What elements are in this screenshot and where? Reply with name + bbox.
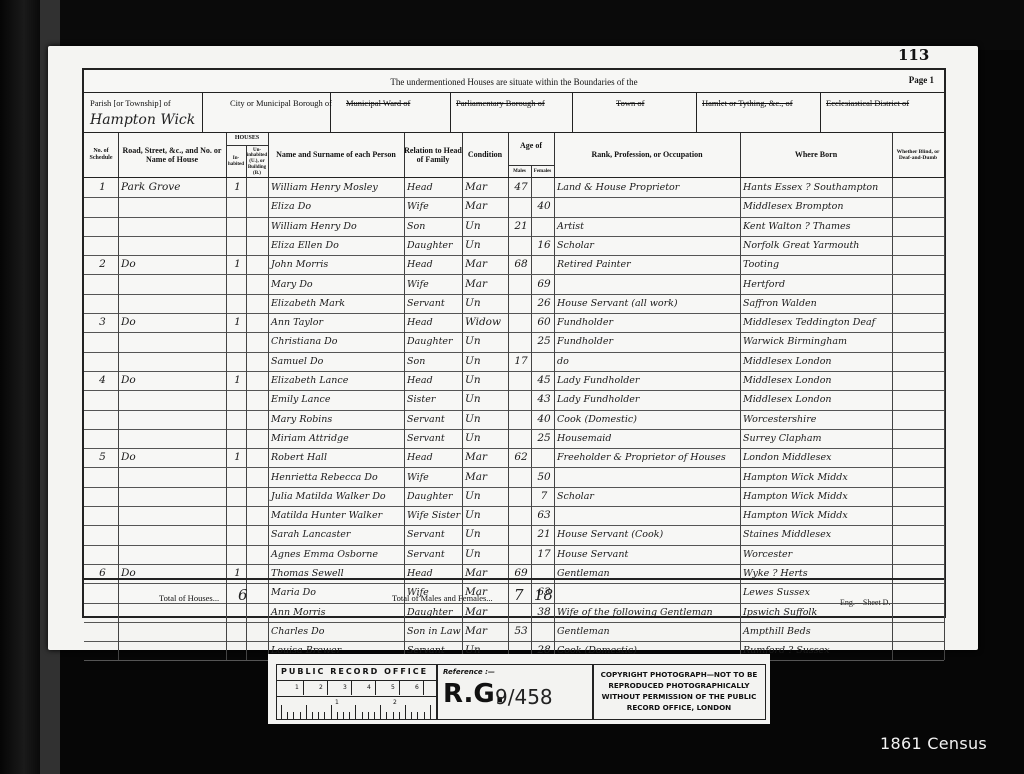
cell-name: Henrietta Rebecca Do [268,468,405,487]
cell-condition: Mar [462,178,509,197]
cell-born: Tooting [740,255,893,274]
col-schedule: No. of Schedule [84,133,119,177]
cell-schedule: 2 [84,255,119,274]
cell-male: 53 [508,622,532,641]
table-row: 5Do1Robert HallHeadMar62Freeholder & Pro… [84,448,944,468]
district-label: Parliamentary Borough of [456,98,545,108]
cell-occupation: Scholar [554,487,741,506]
col-relation: Relation to Head of Family [404,133,463,177]
cell-blind [892,410,945,429]
cell-street: Do [118,448,227,467]
table-row: 2Do1John MorrisHeadMar68Retired PainterT… [84,255,944,275]
image-caption: 1861 Census [880,734,987,753]
table-row: Miriam AttridgeServantUn25HousemaidSurre… [84,429,944,449]
ruler-cm-number: 1 [295,684,299,691]
cell-occupation: House Servant (Cook) [554,525,741,544]
cell-street [118,390,227,409]
table-row: Mary DoWifeMar69Hertford [84,275,944,295]
cell-name: Elizabeth Lance [268,371,405,390]
ruler-tick [281,705,282,719]
cell-born: Norfolk Great Yarmouth [740,236,893,255]
cell-born: Ampthill Beds [740,622,893,641]
cell-female: 26 [531,294,555,313]
cell-relation: Sister [404,390,463,409]
cell-inhabited: 1 [226,313,247,332]
table-row: Agnes Emma OsborneServantUn17House Serva… [84,545,944,565]
cell-street [118,525,227,544]
cell-relation: Head [404,448,463,467]
cell-inhabited [226,352,247,371]
cell-blind [892,294,945,313]
reference-piece: 9/458 [495,685,553,709]
cell-born: Hants Essex ? Southampton [740,178,893,197]
cell-street [118,197,227,216]
cell-relation: Servant [404,525,463,544]
cell-female [531,448,555,467]
table-row: 3Do1Ann TaylorHeadWidow60FundholderMiddl… [84,313,944,333]
ruler-tick [368,712,369,719]
cell-name: Sarah Lancaster [268,525,405,544]
cell-name: Robert Hall [268,448,405,467]
ruler-tick [343,712,344,719]
cell-occupation: House Servant [554,545,741,564]
ruler-cm-tick [303,681,304,695]
film-edge-left [0,0,40,774]
cell-street: Do [118,313,227,332]
total-males: 7 [514,586,524,604]
film-edge-top [60,0,1024,50]
cell-street [118,410,227,429]
cell-male: 68 [508,255,532,274]
ruler-tick [331,705,332,719]
cell-uninhabited [246,178,269,197]
cell-relation: Son [404,352,463,371]
cell-condition: Un [462,294,509,313]
cell-name: William Henry Mosley [268,178,405,197]
cell-street [118,429,227,448]
cell-male [508,313,532,332]
ruler-divider [277,696,437,697]
cell-female: 69 [531,275,555,294]
col-occupation: Rank, Profession, or Occupation [554,133,741,177]
cell-inhabited [226,525,247,544]
table-row: Sarah LancasterServantUn21House Servant … [84,525,944,545]
cell-schedule [84,468,119,487]
table-row: Charles DoSon in LawMar53GentlemanAmpthi… [84,622,944,642]
ruler-cm-tick [399,681,400,695]
total-persons-label: Total of Males and Females... [392,593,493,603]
cell-blind [892,390,945,409]
col-condition: Condition [462,133,509,177]
cell-uninhabited [246,352,269,371]
cell-uninhabited [246,390,269,409]
cell-condition: Mar [462,468,509,487]
cell-born: Middlesex Teddington Deaf [740,313,893,332]
cell-uninhabited [246,641,269,660]
cell-schedule [84,332,119,351]
cell-condition: Un [462,332,509,351]
district-label: Municipal Ward of [346,98,410,108]
ruler-cm-number: 4 [367,684,371,691]
cell-name: William Henry Do [268,217,405,236]
cell-street [118,545,227,564]
cell-name: Eliza Do [268,197,405,216]
cell-relation: Daughter [404,236,463,255]
col-blind: Whether Blind, or Deaf-and-Dumb [892,133,944,177]
cell-male [508,275,532,294]
cell-uninhabited [246,332,269,351]
cell-female [531,255,555,274]
ruler-tick [393,712,394,719]
cell-street: Park Grove [118,178,227,197]
ruler-cm-number: 6 [415,684,419,691]
cell-schedule [84,525,119,544]
cell-male [508,332,532,351]
cell-male [508,468,532,487]
col-born: Where Born [740,133,893,177]
cell-blind [892,313,945,332]
ruler-tick [430,705,431,719]
cell-female [531,622,555,641]
cell-condition: Un [462,390,509,409]
cell-occupation: Cook (Domestic) [554,410,741,429]
ruler-tick [362,712,363,719]
ruler-cm-tick [327,681,328,695]
cell-schedule [84,429,119,448]
cell-female: 50 [531,468,555,487]
cell-condition: Un [462,371,509,390]
cell-blind [892,352,945,371]
cell-name: Samuel Do [268,352,405,371]
cell-relation: Servant [404,429,463,448]
cell-uninhabited [246,275,269,294]
cell-blind [892,525,945,544]
cell-condition: Un [462,410,509,429]
cell-inhabited [226,294,247,313]
col-uninhabited: Un-inhabited (U.), or Building (B.) [246,145,269,178]
cell-female: 25 [531,429,555,448]
col-females: Females [531,165,555,178]
cell-uninhabited [246,429,269,448]
cell-occupation [554,506,741,525]
ruler-tick [287,712,288,719]
cell-uninhabited [246,197,269,216]
cell-schedule [84,236,119,255]
cell-name: Julia Matilda Walker Do [268,487,405,506]
enumeration-form: The undermentioned Houses are situate wi… [82,68,946,618]
cell-inhabited [226,197,247,216]
district-value: Hampton Wick [90,112,195,128]
district-ecclesiastical: Ecclesiastical District of [820,92,944,132]
pro-office-title: PUBLIC RECORD OFFICE [281,667,428,676]
ruler-cm-tick [375,681,376,695]
cell-relation: Wife Sister [404,506,463,525]
cell-relation: Servant [404,410,463,429]
table-row: Matilda Hunter WalkerWife SisterUn63Hamp… [84,506,944,526]
cell-born: Warwick Birmingham [740,332,893,351]
cell-born: Middlesex London [740,390,893,409]
pro-ruler-box: PUBLIC RECORD OFFICE 12345612 [276,664,438,720]
cell-occupation: House Servant (all work) [554,294,741,313]
cell-relation: Daughter [404,487,463,506]
cell-schedule: 5 [84,448,119,467]
cell-blind [892,275,945,294]
pro-reference-box: Reference :— R.G. 9/458 [436,664,594,720]
cell-street [118,506,227,525]
cell-schedule [84,641,119,660]
measurement-ruler: 12345612 [277,680,437,719]
cell-condition: Mar [462,622,509,641]
cell-male [508,197,532,216]
ruler-tick [306,705,307,719]
sheet-code: Eng.—Sheet D. [840,598,890,607]
cell-inhabited [226,468,247,487]
cell-occupation: do [554,352,741,371]
cell-born: Middlesex Brompton [740,197,893,216]
table-row: Emily LanceSisterUn43Lady FundholderMidd… [84,390,944,410]
cell-uninhabited [246,410,269,429]
cell-male: 62 [508,448,532,467]
table-row: Henrietta Rebecca DoWifeMar50Hampton Wic… [84,468,944,488]
cell-inhabited [226,487,247,506]
cell-schedule [84,217,119,236]
col-street: Road, Street, &c., and No. or Name of Ho… [118,133,227,177]
cell-blind [892,255,945,274]
cell-schedule [84,545,119,564]
cell-condition: Mar [462,255,509,274]
cell-female [531,217,555,236]
cell-condition: Widow [462,313,509,332]
cell-schedule [84,410,119,429]
cell-female: 21 [531,525,555,544]
cell-condition: Un [462,352,509,371]
cell-condition: Un [462,217,509,236]
cell-blind [892,468,945,487]
cell-occupation: Freeholder & Proprietor of Houses [554,448,741,467]
table-row: Julia Matilda Walker DoDaughterUn7Schola… [84,487,944,507]
cell-occupation: Fundholder [554,332,741,351]
cell-occupation: Artist [554,217,741,236]
ruler-cm-number: 2 [319,684,323,691]
cell-uninhabited [246,236,269,255]
ruler-tick [417,712,418,719]
table-row: Samuel DoSonUn17doMiddlesex London [84,352,944,372]
cell-blind [892,641,945,660]
table-row: 1Park Grove1William Henry MosleyHeadMar4… [84,178,944,198]
cell-male [508,410,532,429]
cell-occupation: Gentleman [554,622,741,641]
cell-uninhabited [246,448,269,467]
district-label: Parish [or Township] of [90,98,171,108]
cell-condition: Mar [462,448,509,467]
cell-relation: Son in Law [404,622,463,641]
cell-name: Matilda Hunter Walker [268,506,405,525]
cell-schedule [84,352,119,371]
cell-born: Saffron Walden [740,294,893,313]
cell-inhabited [226,545,247,564]
cell-occupation: Lady Fundholder [554,371,741,390]
cell-male [508,371,532,390]
cell-street [118,294,227,313]
cell-street [118,468,227,487]
cell-female: 63 [531,506,555,525]
cell-uninhabited [246,622,269,641]
cell-name: Christiana Do [268,332,405,351]
ruler-inch-number: 2 [393,699,397,706]
cell-occupation [554,197,741,216]
ruler-tick [380,705,381,719]
cell-occupation: Retired Painter [554,255,741,274]
ruler-tick [337,712,338,719]
cell-relation: Servant [404,294,463,313]
cell-street [118,236,227,255]
col-name: Name and Surname of each Person [268,133,405,177]
ruler-cm-number: 5 [391,684,395,691]
cell-street: Do [118,371,227,390]
cell-female: 60 [531,313,555,332]
cell-relation: Head [404,255,463,274]
table-row: 4Do1Elizabeth LanceHeadUn45Lady Fundhold… [84,371,944,391]
cell-relation: Head [404,178,463,197]
cell-uninhabited [246,506,269,525]
cell-born: London Middlesex [740,448,893,467]
ruler-tick [424,712,425,719]
ruler-tick [300,712,301,719]
cell-born: Hertford [740,275,893,294]
pro-copyright-box: COPYRIGHT PHOTOGRAPH—NOT TO BE REPRODUCE… [592,664,766,720]
ruler-tick [293,712,294,719]
cell-uninhabited [246,255,269,274]
ruler-tick [355,705,356,719]
ruler-tick [405,705,406,719]
cell-condition: Un [462,525,509,544]
cell-female: 7 [531,487,555,506]
cell-inhabited [226,390,247,409]
banner-text: The undermentioned Houses are situate wi… [84,77,944,87]
cell-uninhabited [246,545,269,564]
cell-name: Ann Taylor [268,313,405,332]
cell-street [118,641,227,660]
total-houses-label: Total of Houses... [159,593,219,603]
cell-male [508,294,532,313]
cell-uninhabited [246,217,269,236]
cell-uninhabited [246,371,269,390]
ruler-cm-tick [351,681,352,695]
cell-street [118,217,227,236]
cell-uninhabited [246,294,269,313]
cell-inhabited: 1 [226,448,247,467]
cell-name: John Morris [268,255,405,274]
cell-name: Charles Do [268,622,405,641]
cell-relation: Wife [404,197,463,216]
cell-inhabited: 1 [226,178,247,197]
cell-relation: Daughter [404,332,463,351]
col-inhabited: In-habited [226,145,247,178]
cell-street [118,622,227,641]
cell-born: Hampton Wick Middx [740,487,893,506]
cell-name: Eliza Ellen Do [268,236,405,255]
cell-inhabited: 1 [226,371,247,390]
cell-occupation: Lady Fundholder [554,390,741,409]
cell-name: Emily Lance [268,390,405,409]
cell-blind [892,371,945,390]
ruler-tick [349,712,350,719]
cell-inhabited [226,332,247,351]
cell-blind [892,236,945,255]
column-headers: No. of Schedule Road, Street, &c., and N… [84,132,944,178]
cell-inhabited [226,275,247,294]
ruler-tick [374,712,375,719]
cell-female: 43 [531,390,555,409]
cell-inhabited [226,217,247,236]
cell-condition: Mar [462,197,509,216]
cell-uninhabited [246,487,269,506]
cell-male [508,390,532,409]
cell-male [508,487,532,506]
cell-uninhabited [246,525,269,544]
cell-schedule: 4 [84,371,119,390]
cell-male: 17 [508,352,532,371]
cell-occupation [554,275,741,294]
table-row: Eliza Ellen DoDaughterUn16ScholarNorfolk… [84,236,944,256]
cell-condition: Un [462,506,509,525]
cell-inhabited [226,641,247,660]
cell-male [508,525,532,544]
table-row: Christiana DoDaughterUn25FundholderWarwi… [84,332,944,352]
cell-inhabited [226,410,247,429]
cell-inhabited [226,236,247,255]
cell-male: 21 [508,217,532,236]
cell-uninhabited [246,468,269,487]
cell-relation: Servant [404,545,463,564]
district-parliamentary: Parliamentary Borough of [450,92,573,132]
cell-name: Elizabeth Mark [268,294,405,313]
cell-street [118,487,227,506]
cell-male [508,236,532,255]
cell-inhabited [226,622,247,641]
cell-male [508,506,532,525]
cell-schedule [84,622,119,641]
public-record-office-label: PUBLIC RECORD OFFICE 12345612 Reference … [268,654,770,724]
ruler-tick [324,712,325,719]
cell-condition: Un [462,487,509,506]
district-label: Town of [616,98,644,108]
cell-street [118,275,227,294]
cell-born: Worcestershire [740,410,893,429]
cell-born: Worcester [740,545,893,564]
cell-schedule [84,197,119,216]
table-row: Mary RobinsServantUn40Cook (Domestic)Wor… [84,410,944,430]
cell-inhabited [226,429,247,448]
cell-street: Do [118,255,227,274]
cell-inhabited [226,506,247,525]
cell-uninhabited [246,313,269,332]
cell-blind [892,197,945,216]
cell-street [118,352,227,371]
cell-blind [892,332,945,351]
cell-schedule [84,390,119,409]
district-label: City or Municipal Borough of [230,98,332,108]
ruler-cm-number: 3 [343,684,347,691]
cell-male [508,429,532,448]
cell-female: 25 [531,332,555,351]
district-borough: City or Municipal Borough of [202,92,331,132]
cell-blind [892,545,945,564]
cell-relation: Head [404,371,463,390]
col-males: Males [508,165,532,178]
cell-schedule [84,275,119,294]
district-label: Hamlet or Tything, &c., of [702,98,793,108]
